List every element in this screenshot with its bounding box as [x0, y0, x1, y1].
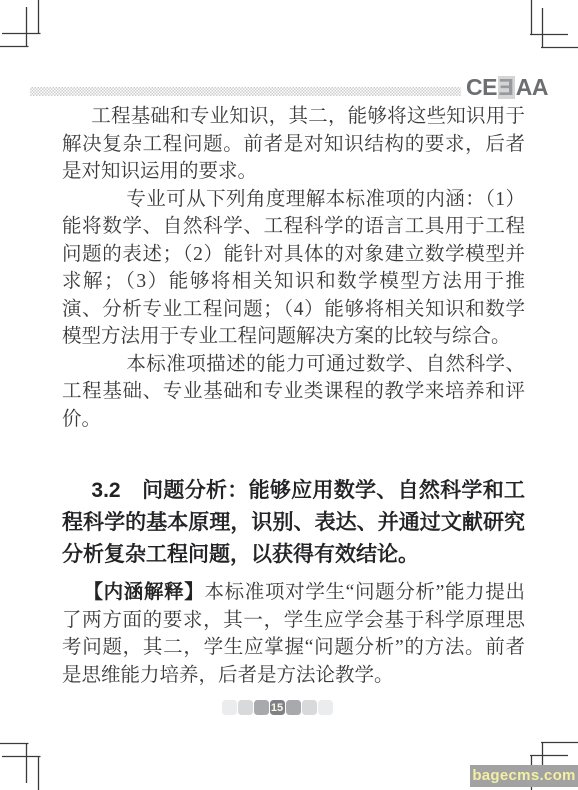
logo-text-ce: CE [466, 76, 497, 99]
annotation-label: 【内涵解释】 [83, 581, 204, 603]
page-number-indicator: 15 [0, 700, 566, 715]
scanned-book-page: CEEAA 工程基础和专业知识，其二，能够将这些知识用于解决复杂工程问题。前者是… [0, 0, 578, 790]
watermark: bagecms.com [470, 765, 578, 787]
page-dot [286, 700, 301, 715]
paragraph-connotation-angles: 专业可从下列角度理解本标准项的内涵：（1）能将数学、自然科学、工程科学的语言工具… [62, 186, 525, 351]
crop-mark-top-right [530, 0, 578, 48]
page-body: 工程基础和专业知识，其二，能够将这些知识用于解决复杂工程问题。前者是对知识结构的… [62, 103, 525, 689]
section-heading-3-2: 3.2 问题分析：能够应用数学、自然科学和工程科学的基本原理，识别、表达、并通过… [62, 475, 525, 571]
page-number-badge: 15 [270, 700, 285, 715]
logo-text-aa: AA [516, 76, 548, 99]
page-dot [222, 700, 237, 715]
ceeaa-logo: CEEAA [466, 76, 548, 99]
logo-reversed-e-box: E [498, 76, 515, 99]
crop-mark-top-left [0, 0, 41, 47]
page-header: CEEAA [30, 74, 548, 100]
header-hatched-rule [30, 87, 461, 96]
page-dot [302, 700, 317, 715]
page-dot [254, 700, 269, 715]
crop-mark-bottom-left [0, 744, 41, 790]
paragraph-cultivation-evaluation: 本标准项描述的能力可通过数学、自然科学、工程基础、专业基础和专业类课程的教学来培… [62, 351, 525, 434]
page-dot [238, 700, 253, 715]
paragraph-connotation-explanation: 【内涵解释】本标准项对学生“问题分析”能力提出了两方面的要求，其一，学生应学会基… [62, 579, 525, 689]
paragraph-knowledge-requirements: 工程基础和专业知识，其二，能够将这些知识用于解决复杂工程问题。前者是对知识结构的… [62, 103, 525, 186]
page-dot [318, 700, 333, 715]
logo-reversed-e: E [499, 76, 514, 99]
